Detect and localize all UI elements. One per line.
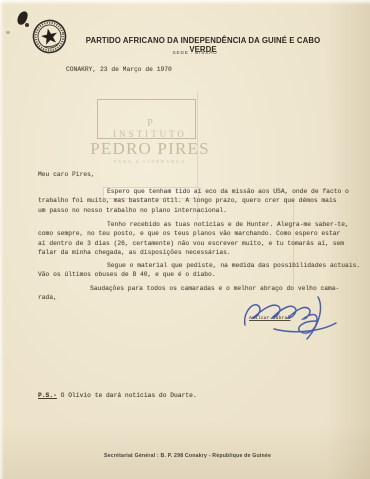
scanned-letter-page: PARTIDO AFRICANO DA INDEPENDÊNCIA DA GUI… [0, 0, 370, 479]
paper-speck [6, 31, 10, 34]
text-line: como sempre, no teu posto, e que os teus… [38, 229, 353, 238]
dateline: CONAKRY, 23 de Março de 1970 [66, 66, 172, 73]
footer-address: Secrétariat Général : B. P. 298 Conakry … [60, 453, 315, 459]
handwritten-signature-icon [238, 292, 342, 342]
text-line: Segue o material que pediste, na medida … [38, 261, 353, 270]
postscript: P.S.- O Olívio te dará notícias do Duart… [38, 392, 197, 399]
text-line: trabalho foi muito, mas bastante útil. A… [38, 196, 353, 205]
paragraph: Espero que tenham tido aí eco da missão … [38, 187, 353, 215]
text-line: um passo no nosso trabalho no plano inte… [38, 206, 353, 215]
faded-stamp-box [97, 99, 196, 139]
text-line: Vão os últimos obuses de B 40, e que é o… [38, 270, 353, 279]
paragraph: Tenho recebido as tuas notícias e de Hun… [38, 220, 353, 257]
salutation: Meu caro Pires, [38, 171, 95, 178]
watermark-name: PEDRO PIRES [70, 140, 230, 158]
letterhead-seat-line: SEDE : BISSAU [75, 51, 315, 56]
paigc-emblem-stamp-icon [32, 19, 67, 54]
ink-blot [25, 23, 29, 27]
postscript-text: O Olívio te dará notícias do Duarte. [57, 392, 197, 399]
text-line: falar da minha chegada, as disposições n… [38, 248, 353, 257]
postscript-label: P.S.- [38, 392, 57, 399]
watermark-tagline: PARA A LIDERANÇA [70, 158, 230, 165]
text-line: Tenho recebido as tuas notícias e de Hun… [38, 220, 353, 229]
text-line: aí dentro de 3 dias (26, certamente) não… [38, 239, 353, 248]
text-line: Espero que tenham tido aí eco da missão … [38, 187, 353, 196]
paragraph: Segue o material que pediste, na medida … [38, 261, 353, 280]
